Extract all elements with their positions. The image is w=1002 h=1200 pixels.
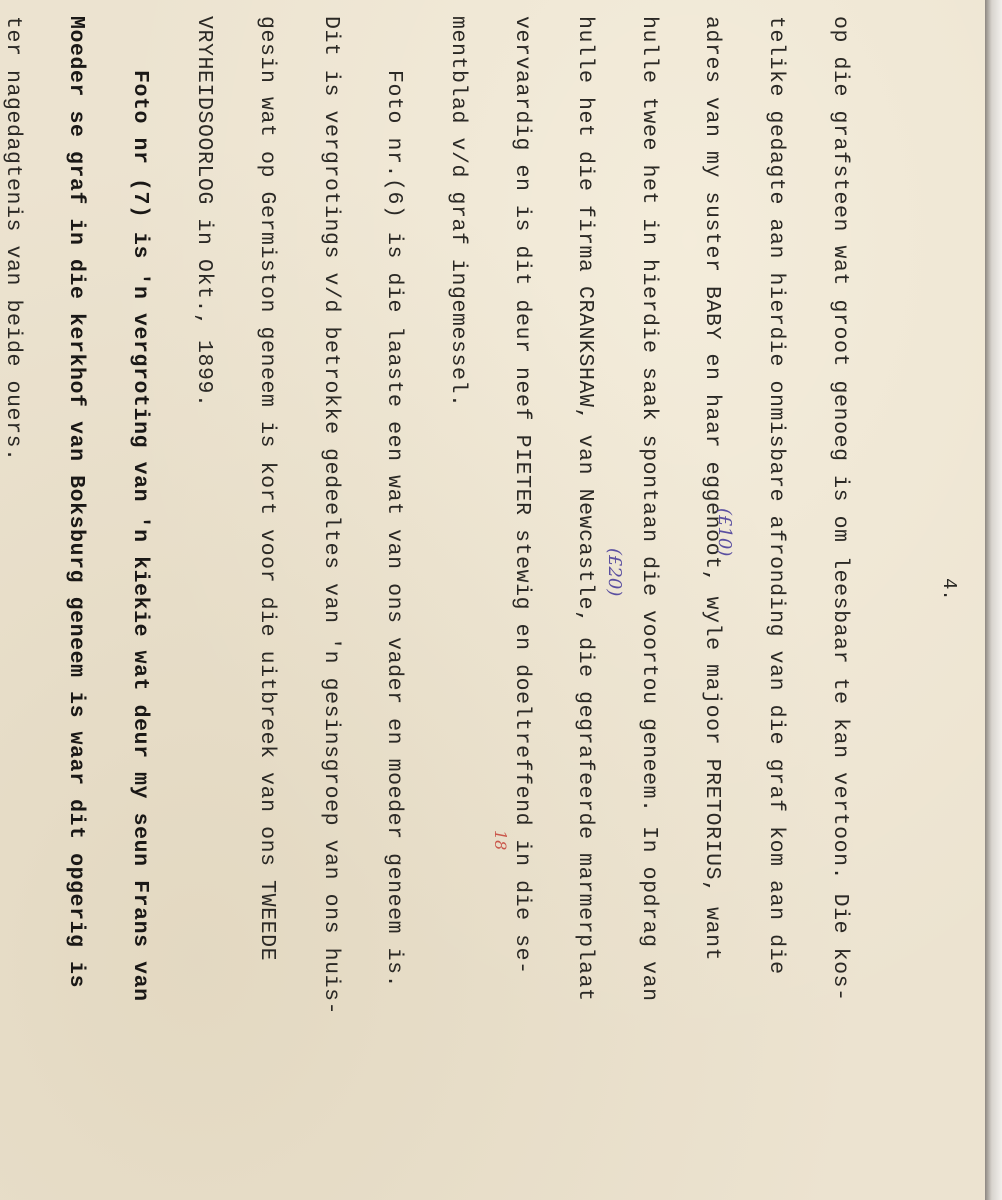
text-line: hulle twee het in hierdie saak spontaan … [638, 16, 659, 1186]
rotated-typewritten-page: 4. op die grafsteen wat groot genoeg is … [110, 8, 990, 1188]
text-line: Foto nr.(6) is die laaste een wat van on… [383, 16, 404, 1186]
page-number: 4. [938, 578, 960, 601]
text-line: gesin wat op Germiston geneem is kort vo… [256, 16, 277, 1186]
scanned-page: 4. op die grafsteen wat groot genoeg is … [0, 0, 985, 1200]
handwritten-annotation: (£10) [714, 508, 735, 556]
text-line: VRYHEIDSOORLOG in Okt., 1899. [192, 16, 213, 1186]
handwritten-annotation: (£20) [604, 548, 625, 596]
text-line: adres van my suster BABY en haar eggenoo… [701, 16, 722, 1186]
page-edge-shadow [985, 0, 1002, 1200]
text-line: Foto nr (7) is 'n vergroting van 'n kiek… [129, 16, 150, 1186]
text-line: vervaardig en is dit deur neef PIETER st… [510, 16, 531, 1186]
typewritten-body: op die grafsteen wat groot genoeg is om … [0, 16, 892, 1186]
text-line: hulle het die firma CRANKSHAW, van Newca… [574, 16, 595, 1186]
text-line: Moeder se graf in die kerkhof van Boksbu… [65, 16, 86, 1186]
text-line: mentblad v/d graf ingemessel. [447, 16, 468, 1186]
text-line: ter nagedagtenis van beide ouers. [2, 16, 23, 1186]
handwritten-annotation: 18 [491, 830, 510, 850]
text-line: Dit is vergrotings v/d betrokke gedeelte… [320, 16, 341, 1186]
text-line: telike gedagte aan hierdie onmisbare afr… [765, 16, 786, 1186]
text-line: op die grafsteen wat groot genoeg is om … [828, 16, 849, 1186]
